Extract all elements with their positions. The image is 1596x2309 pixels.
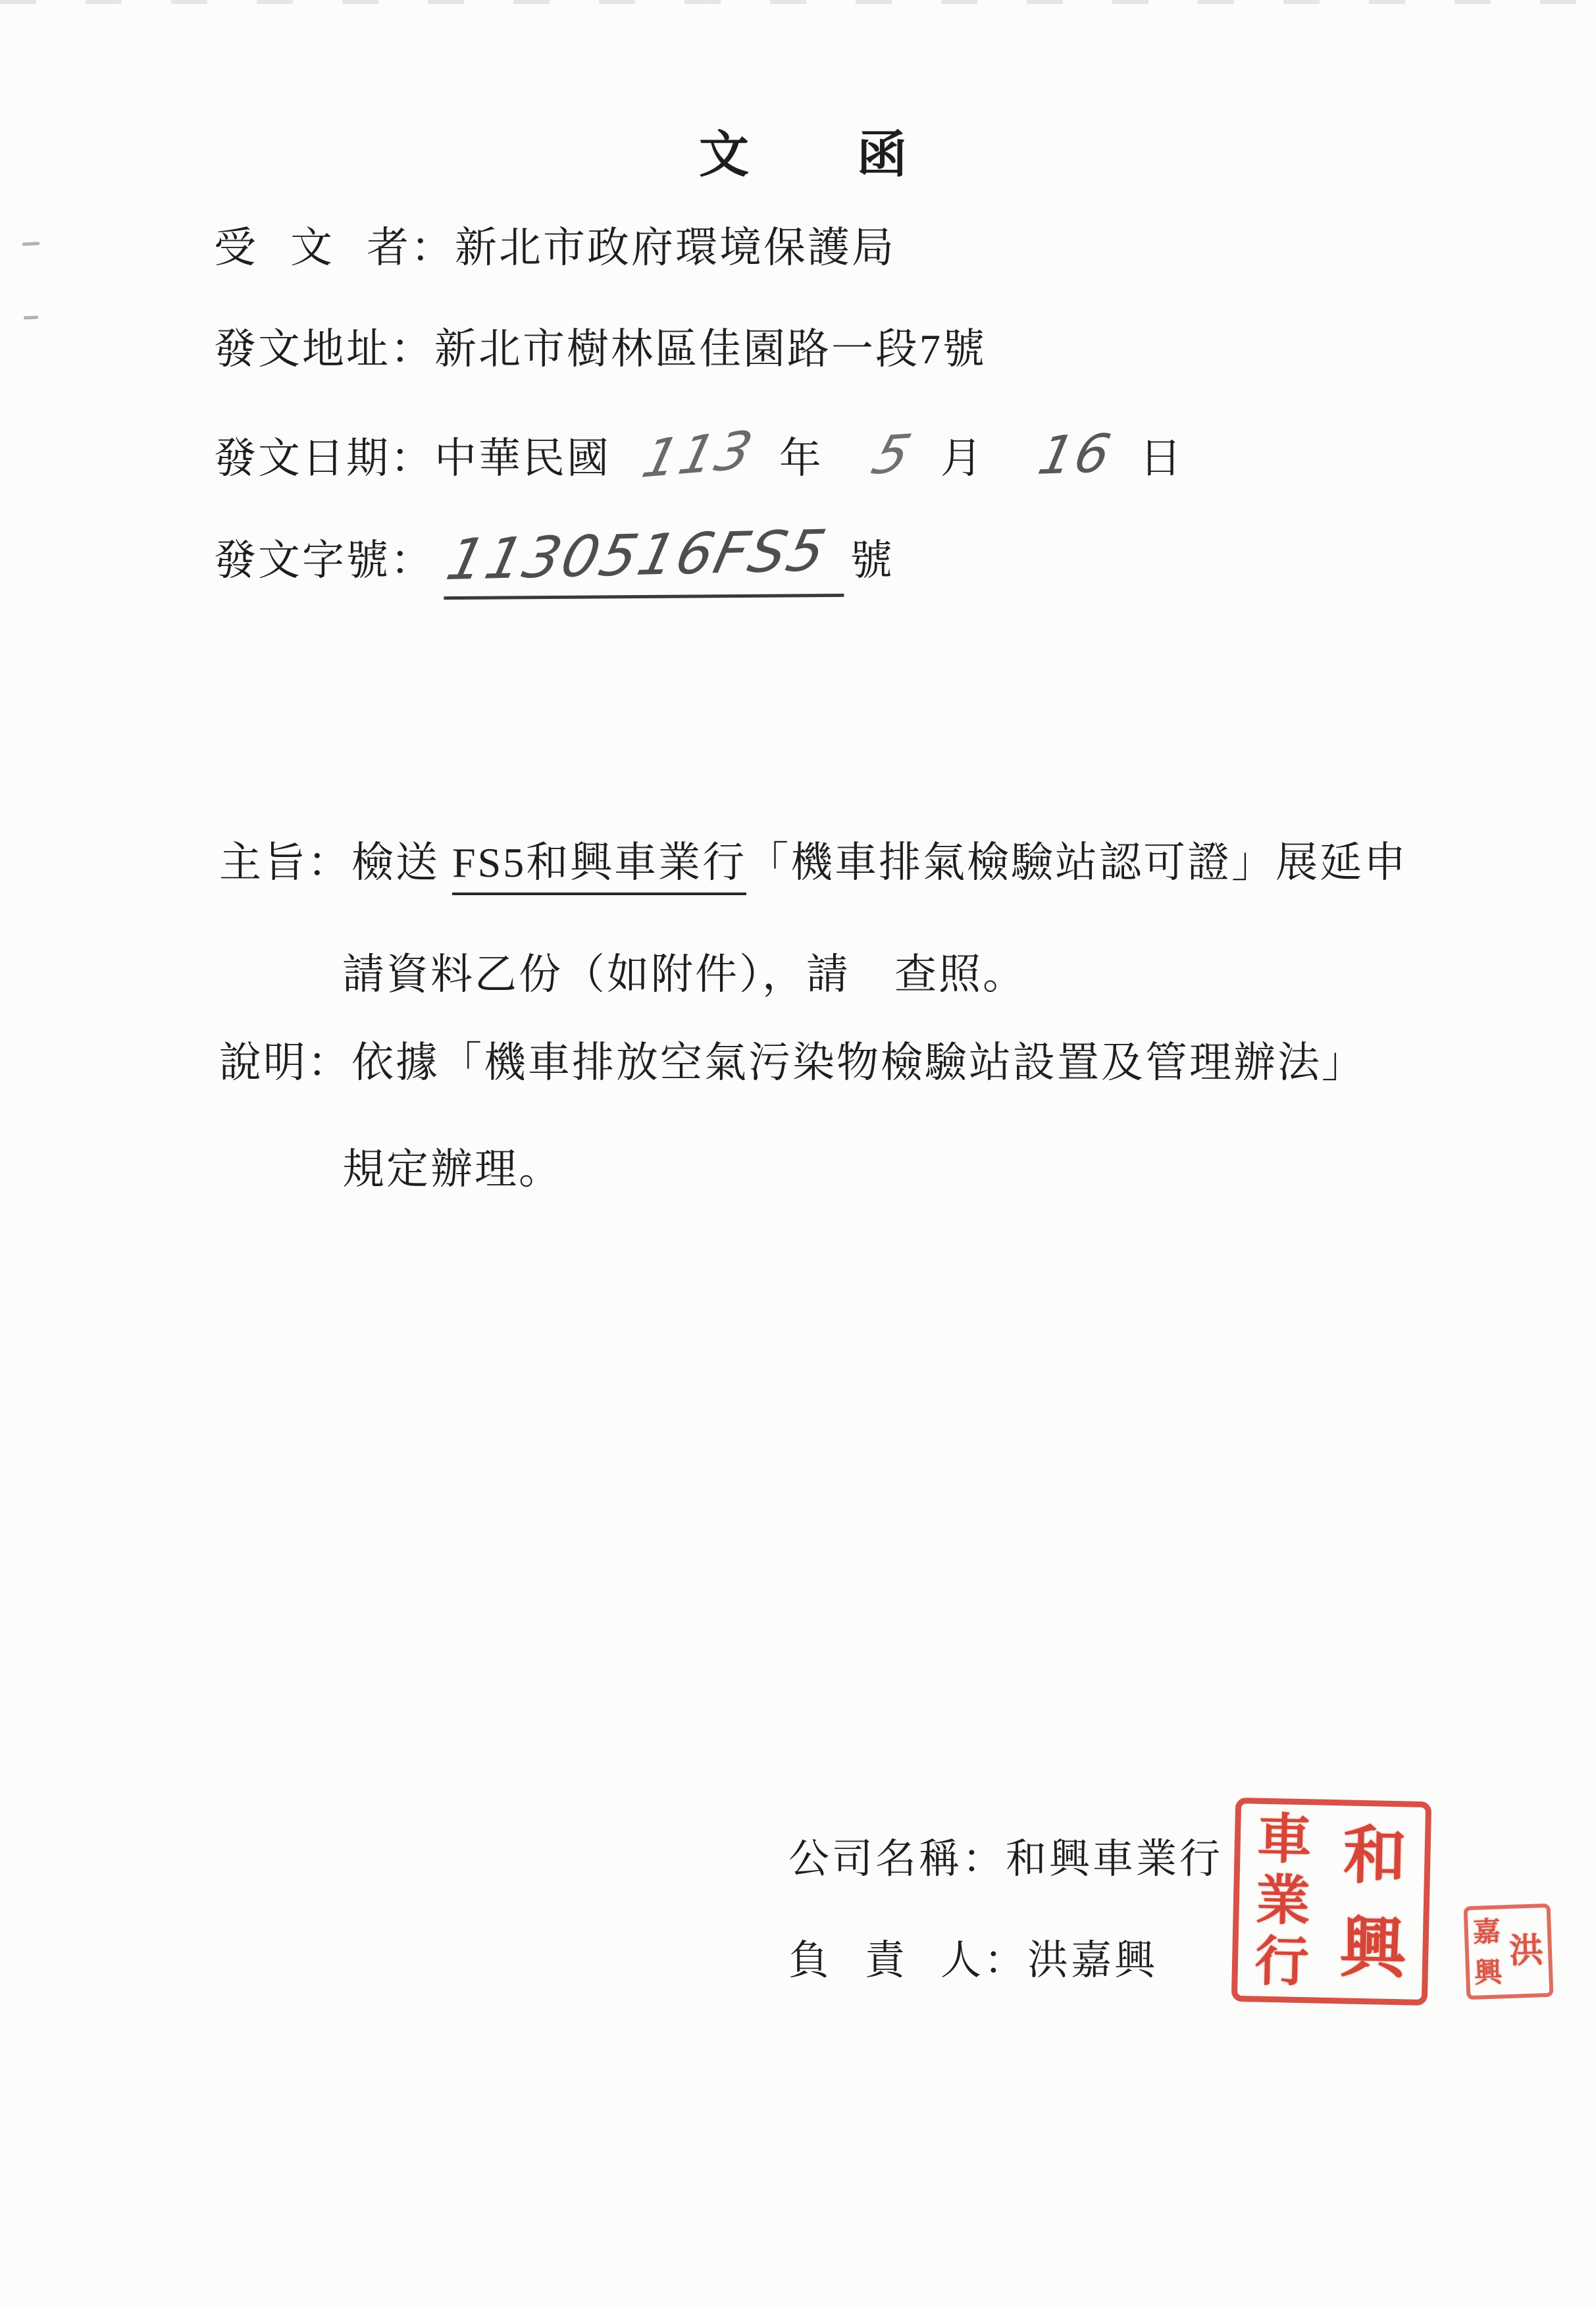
personal-seal-left-column: 嘉 興: [1472, 1911, 1503, 1993]
seal-char: 車: [1257, 1811, 1312, 1867]
responsible-person-row: 負 責 人： 洪嘉興: [788, 1938, 1158, 1985]
personal-seal-right-column: 洪: [1508, 1909, 1545, 1992]
date-label: 發文日期：: [214, 434, 434, 483]
scan-artifact-dash-1: [22, 242, 39, 246]
subject-text-line2: 請資料乙份（如附件），請 查照。: [342, 950, 1027, 999]
date-month-unit: 月: [940, 434, 985, 483]
date-month-handwritten: 5: [865, 423, 919, 486]
field-row-recipient: 受 文 者： 新北市政府環境保護局: [214, 224, 896, 272]
doc-number-label: 發文字號：: [214, 536, 434, 585]
scan-artifact-top-edge: [0, 0, 1596, 4]
company-name-value: 和興車業行: [1006, 1836, 1223, 1883]
explanation-line-1: 說明： 依據「機車排放空氣污染物檢驗站設置及管理辦法」: [219, 1039, 1366, 1087]
date-day-handwritten: 16: [1033, 423, 1117, 486]
seal-char: 嘉: [1472, 1917, 1501, 1946]
date-year-handwritten: 113: [636, 420, 759, 490]
address-value: 新北市樹林區佳園路一段7號: [434, 325, 987, 374]
company-seal-left-column: 車 業 行: [1254, 1808, 1312, 1994]
recipient-label: 受 文 者：: [214, 224, 455, 272]
subject-text-underlined: FS5和興車業行: [452, 839, 746, 895]
personal-seal-stamp: 洪 嘉 興: [1464, 1904, 1554, 2000]
scan-artifact-dash-2: [24, 316, 38, 320]
doc-number-underline: 1130516FS5: [444, 522, 844, 600]
seal-char: 興: [1339, 1914, 1406, 1981]
company-seal-right-column: 和 興: [1339, 1809, 1409, 1995]
address-label: 發文地址：: [214, 325, 434, 374]
date-year-unit: 年: [779, 434, 823, 483]
subject-text-post: 「機車排氣檢驗站認可證」展延申: [746, 839, 1408, 887]
date-day-unit: 日: [1139, 434, 1183, 483]
seal-char: 興: [1474, 1958, 1502, 1986]
seal-char: 洪: [1508, 1933, 1544, 1969]
seal-char: 和: [1343, 1823, 1407, 1888]
doc-number-unit: 號: [850, 536, 894, 585]
date-era-text: 中華民國: [434, 434, 611, 483]
scanned-letter-page: 文 函 受 文 者： 新北市政府環境保護局 發文地址： 新北市樹林區佳園路一段7…: [0, 0, 1596, 2309]
seal-char: 業: [1256, 1873, 1311, 1929]
field-row-address: 發文地址： 新北市樹林區佳園路一段7號: [214, 325, 987, 374]
company-name-label: 公司名稱：: [788, 1836, 1006, 1883]
doc-number-handwritten: 1130516FS5: [441, 519, 833, 593]
responsible-person-value: 洪嘉興: [1027, 1938, 1158, 1985]
explanation-text-line2: 規定辦理。: [342, 1145, 563, 1194]
field-row-date: 發文日期： 中華民國 113 年 5 月 16 日: [214, 425, 1183, 485]
document-title: 文 函: [699, 130, 910, 180]
explanation-label: 說明：: [219, 1039, 351, 1087]
company-name-row: 公司名稱： 和興車業行: [788, 1836, 1223, 1883]
responsible-person-label: 負 責 人：: [788, 1938, 1027, 1985]
field-row-doc-number: 發文字號： 1130516FS5 號: [214, 523, 894, 598]
company-seal-stamp: 和 興 車 業 行: [1231, 1798, 1431, 2006]
subject-line-1: 主旨： 檢送 FS5和興車業行 「機車排氣檢驗站認可證」展延申: [219, 839, 1408, 895]
subject-line-2: 請資料乙份（如附件），請 查照。: [342, 950, 1027, 999]
explanation-text-line1: 依據「機車排放空氣污染物檢驗站設置及管理辦法」: [351, 1039, 1366, 1087]
subject-label: 主旨：: [219, 839, 351, 887]
seal-char: 行: [1254, 1934, 1310, 1990]
subject-text-pre: 檢送: [351, 839, 452, 887]
recipient-value: 新北市政府環境保護局: [455, 224, 896, 272]
explanation-line-2: 規定辦理。: [342, 1145, 563, 1194]
